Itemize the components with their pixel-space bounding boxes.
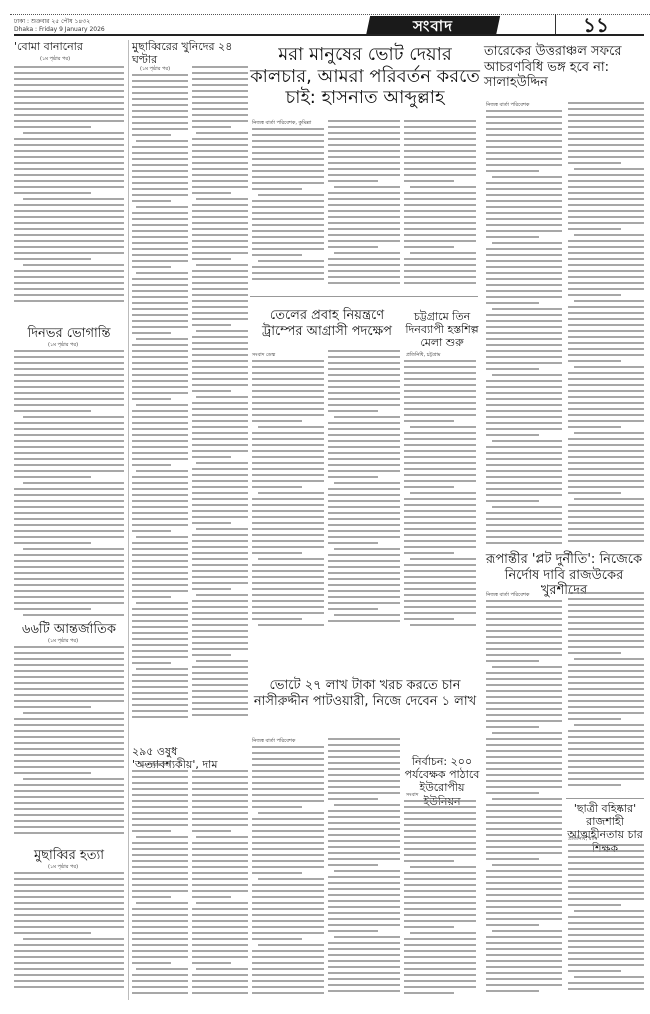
text-line	[132, 980, 188, 982]
text-line	[486, 368, 539, 370]
text-line	[404, 228, 476, 230]
text-line	[492, 506, 562, 508]
text-line	[252, 242, 324, 244]
text-line	[404, 836, 476, 838]
text-line	[568, 510, 644, 512]
text-line	[486, 912, 562, 914]
text-line	[192, 776, 248, 778]
text-line	[252, 528, 324, 530]
text-line	[568, 700, 644, 702]
text-line	[568, 904, 621, 906]
text-line	[486, 218, 562, 220]
text-line	[486, 392, 562, 394]
text-line	[568, 730, 644, 732]
text-line	[192, 522, 231, 524]
text-line	[252, 230, 324, 232]
text-line	[252, 806, 302, 808]
text-line	[486, 122, 562, 124]
text-line	[252, 606, 324, 608]
text-line	[252, 212, 324, 214]
text-line	[252, 980, 324, 982]
text-line	[334, 186, 400, 188]
text-line	[14, 760, 124, 762]
continued-muchhabbir-murder: (১ম পৃষ্ঠার পর)	[48, 864, 78, 872]
text-line	[486, 194, 562, 196]
text-line	[328, 222, 400, 224]
text-line	[136, 968, 188, 970]
masthead-logo: সংবাদ	[366, 16, 500, 36]
text-line	[23, 264, 124, 266]
text-line	[252, 956, 324, 958]
text-line	[486, 774, 562, 776]
text-line	[404, 192, 476, 194]
text-line	[568, 312, 644, 314]
text-line	[568, 144, 644, 146]
text-line	[328, 744, 400, 746]
text-line	[192, 354, 248, 356]
text-line	[568, 652, 621, 654]
text-line	[328, 150, 400, 152]
text-line	[252, 582, 324, 584]
body-student	[568, 844, 644, 998]
text-line	[252, 782, 324, 784]
text-line	[568, 982, 644, 984]
text-line	[404, 378, 476, 380]
text-line	[132, 218, 188, 220]
text-line	[132, 956, 188, 958]
text-line	[192, 444, 248, 446]
text-line	[14, 766, 124, 768]
text-line	[328, 840, 400, 842]
text-line	[252, 468, 324, 470]
text-line	[132, 716, 188, 718]
text-line	[410, 186, 476, 188]
text-line	[14, 428, 124, 430]
text-line	[252, 372, 324, 374]
text-line	[14, 932, 91, 934]
text-line	[404, 504, 476, 506]
text-line	[568, 294, 621, 296]
text-line	[252, 836, 324, 838]
text-line	[252, 360, 324, 362]
text-line	[486, 530, 562, 532]
text-line	[252, 462, 324, 464]
text-line	[328, 428, 400, 430]
text-line	[132, 548, 188, 550]
text-line	[486, 170, 539, 172]
text-line	[574, 234, 644, 236]
body-boma	[14, 66, 124, 311]
text-line	[14, 452, 124, 454]
text-line	[132, 158, 188, 160]
text-line	[404, 600, 476, 602]
text-line	[568, 886, 644, 888]
text-line	[404, 800, 476, 802]
text-line	[192, 950, 248, 952]
text-line	[404, 384, 476, 386]
text-line	[486, 134, 562, 136]
text-line	[568, 898, 644, 900]
text-line	[132, 596, 171, 598]
text-line	[14, 826, 124, 828]
text-line	[574, 724, 644, 726]
text-line	[132, 776, 188, 778]
text-line	[328, 506, 400, 508]
text-line	[568, 964, 644, 966]
text-line	[486, 524, 562, 526]
body-tareq-col2	[568, 102, 644, 550]
text-line	[334, 870, 400, 872]
text-line	[328, 846, 400, 848]
text-line	[258, 194, 324, 196]
text-line	[192, 324, 231, 326]
text-line	[404, 576, 476, 578]
text-line	[328, 156, 400, 158]
text-line	[404, 618, 454, 620]
text-line	[486, 792, 539, 794]
text-line	[132, 326, 188, 328]
text-line	[192, 348, 248, 350]
text-line	[568, 688, 644, 690]
text-line	[328, 786, 400, 788]
text-line	[404, 564, 476, 566]
text-line	[14, 512, 124, 514]
text-line	[14, 500, 124, 502]
text-line	[258, 426, 324, 428]
text-line	[132, 812, 188, 814]
body-raonk-col2	[568, 592, 644, 792]
text-line	[568, 204, 644, 206]
text-line	[192, 582, 248, 584]
text-line	[486, 612, 562, 614]
text-line	[192, 714, 248, 716]
text-line	[404, 842, 476, 844]
text-line	[410, 558, 476, 560]
text-line	[132, 896, 171, 898]
text-line	[14, 584, 124, 586]
text-line	[132, 806, 188, 808]
text-line	[328, 834, 400, 836]
text-line	[252, 420, 302, 422]
text-line	[328, 894, 400, 896]
text-line	[252, 272, 324, 274]
text-line	[14, 814, 124, 816]
text-line	[486, 954, 562, 956]
text-line	[192, 492, 248, 494]
text-line	[252, 794, 324, 796]
text-line	[328, 578, 400, 580]
text-line	[568, 132, 644, 134]
text-line	[334, 416, 400, 418]
text-line	[486, 642, 562, 644]
text-line	[486, 344, 562, 346]
text-line	[132, 860, 188, 862]
text-line	[14, 90, 124, 92]
text-line	[486, 726, 539, 728]
text-line	[192, 216, 248, 218]
text-line	[404, 156, 476, 158]
text-line	[132, 446, 188, 448]
text-line	[192, 854, 248, 856]
text-line	[14, 294, 124, 296]
body-patwari-col2	[328, 738, 400, 998]
text-line	[568, 468, 644, 470]
text-line	[14, 494, 124, 496]
text-line	[132, 554, 188, 556]
text-line	[486, 768, 562, 770]
text-line	[132, 530, 171, 532]
text-line	[14, 878, 124, 880]
text-line	[328, 918, 400, 920]
text-line	[132, 584, 188, 586]
body-tareq-col1	[486, 110, 562, 550]
text-line	[132, 620, 188, 622]
text-line	[404, 210, 476, 212]
text-line	[258, 878, 324, 880]
text-line	[328, 126, 400, 128]
text-line	[404, 534, 476, 536]
text-line	[328, 774, 400, 776]
text-line	[568, 784, 621, 786]
text-line	[328, 864, 378, 866]
text-line	[486, 990, 539, 992]
text-line	[252, 950, 324, 952]
text-line	[328, 144, 400, 146]
text-line	[192, 84, 248, 86]
byline-tareq: নিজস্ব বার্তা পরিবেশক	[486, 102, 529, 110]
text-line	[196, 462, 248, 464]
text-line	[192, 420, 248, 422]
text-line	[252, 450, 324, 452]
text-line	[192, 678, 248, 680]
page-number: ১১	[555, 14, 636, 36]
text-line	[404, 588, 476, 590]
text-line	[132, 794, 188, 796]
text-line	[192, 156, 248, 158]
text-line	[192, 860, 248, 862]
text-line	[486, 188, 562, 190]
text-line	[328, 276, 400, 278]
text-line	[486, 398, 562, 400]
text-line	[192, 144, 248, 146]
text-line	[328, 362, 400, 364]
text-line	[328, 162, 400, 164]
text-line	[252, 456, 324, 458]
text-line	[132, 422, 188, 424]
text-line	[192, 108, 248, 110]
text-line	[404, 546, 476, 548]
text-line	[192, 318, 248, 320]
text-line	[568, 712, 644, 714]
text-line	[23, 198, 124, 200]
text-line	[486, 738, 562, 740]
text-line	[252, 170, 324, 172]
body-hasnat-col3	[404, 120, 476, 288]
text-line	[132, 824, 188, 826]
text-line	[328, 168, 400, 170]
text-line	[404, 522, 476, 524]
text-line	[328, 174, 400, 176]
text-line	[192, 270, 248, 272]
text-line	[132, 266, 171, 268]
text-line	[132, 314, 188, 316]
text-line	[23, 548, 124, 550]
text-line	[132, 110, 188, 112]
text-line	[252, 510, 324, 512]
text-line	[328, 554, 400, 556]
text-line	[132, 458, 188, 460]
text-line	[252, 920, 324, 922]
text-line	[132, 296, 188, 298]
text-line	[14, 270, 124, 272]
text-line	[404, 606, 476, 608]
text-line	[14, 566, 124, 568]
text-line	[252, 438, 324, 440]
text-line	[486, 212, 562, 214]
text-line	[14, 718, 124, 720]
text-line	[486, 380, 562, 382]
text-line	[328, 966, 400, 968]
text-line	[192, 570, 248, 572]
text-line	[404, 408, 476, 410]
text-line	[132, 488, 188, 490]
text-line	[14, 350, 124, 352]
text-line	[486, 152, 562, 154]
text-line	[196, 132, 248, 134]
text-line	[568, 522, 644, 524]
text-line	[328, 434, 400, 436]
text-line	[192, 672, 248, 674]
text-line	[14, 488, 124, 490]
text-line	[568, 114, 644, 116]
text-line	[252, 884, 324, 886]
text-line	[252, 552, 302, 554]
text-line	[568, 778, 644, 780]
text-line	[410, 492, 476, 494]
text-line	[132, 182, 188, 184]
text-line	[252, 378, 324, 380]
text-line	[328, 282, 400, 284]
text-line	[14, 956, 124, 958]
text-line	[14, 596, 124, 598]
text-line	[252, 540, 324, 542]
text-line	[328, 762, 400, 764]
text-line	[192, 510, 248, 512]
text-line	[568, 856, 644, 858]
text-line	[568, 258, 644, 260]
text-line	[14, 944, 124, 946]
text-line	[404, 432, 476, 434]
text-line	[136, 836, 188, 838]
text-line	[192, 956, 248, 958]
text-line	[252, 158, 324, 160]
text-line	[196, 836, 248, 838]
text-line	[404, 974, 476, 976]
text-line	[568, 426, 621, 428]
text-line	[132, 308, 188, 310]
text-line	[328, 602, 400, 604]
text-line	[486, 446, 562, 448]
text-line	[486, 140, 562, 142]
body-hasnat-col2	[328, 120, 400, 288]
text-line	[14, 66, 124, 68]
text-line	[568, 892, 644, 894]
text-line	[568, 742, 644, 744]
text-line	[486, 618, 562, 620]
text-line	[568, 120, 644, 122]
text-line	[192, 306, 248, 308]
text-line	[132, 926, 188, 928]
text-line	[568, 534, 644, 536]
text-line	[404, 570, 476, 572]
text-line	[252, 926, 324, 928]
text-line	[486, 164, 562, 166]
text-line	[486, 386, 562, 388]
continued-dinbhor: (১ম পৃষ্ঠার পর)	[48, 342, 78, 350]
text-line	[486, 128, 562, 130]
text-line	[14, 126, 91, 128]
headline-muchhabbir-24: মুছাব্বিরের খুনিদের ২৪ ঘণ্টার	[132, 40, 247, 66]
text-line	[568, 664, 644, 666]
text-line	[132, 164, 188, 166]
text-line	[252, 594, 324, 596]
text-line	[14, 222, 124, 224]
text-line	[192, 708, 248, 710]
text-line	[328, 138, 400, 140]
text-line	[404, 950, 476, 952]
text-line	[252, 522, 324, 524]
body-medicine-col1	[132, 770, 188, 998]
text-line	[132, 428, 188, 430]
text-line	[404, 830, 476, 832]
text-line	[14, 192, 91, 194]
text-line	[568, 766, 644, 768]
text-line	[14, 114, 124, 116]
text-line	[252, 266, 324, 268]
text-line	[328, 750, 400, 752]
text-line	[252, 788, 324, 790]
text-line	[486, 600, 562, 602]
text-line	[568, 862, 644, 864]
text-line	[258, 812, 324, 814]
text-line	[486, 684, 562, 686]
continued-medicine: (১ম পৃষ্ঠার পর)	[140, 762, 170, 770]
text-line	[14, 276, 124, 278]
text-line	[568, 850, 644, 852]
text-line	[404, 872, 476, 874]
text-line	[132, 872, 188, 874]
text-line	[252, 218, 324, 220]
text-line	[192, 204, 248, 206]
text-line	[192, 992, 248, 994]
text-line	[568, 682, 644, 684]
dateline-english: Dhaka : Friday 9 January 2026	[14, 26, 105, 34]
text-line	[14, 908, 124, 910]
text-line	[14, 682, 124, 684]
text-line	[132, 578, 188, 580]
text-line	[486, 290, 562, 292]
text-line	[252, 278, 324, 280]
text-line	[136, 206, 188, 208]
text-line	[486, 918, 562, 920]
text-line	[328, 954, 400, 956]
text-line	[252, 600, 324, 602]
text-line	[404, 896, 476, 898]
text-line	[404, 498, 476, 500]
text-line	[404, 468, 476, 470]
text-line	[14, 300, 124, 302]
text-line	[192, 618, 248, 620]
